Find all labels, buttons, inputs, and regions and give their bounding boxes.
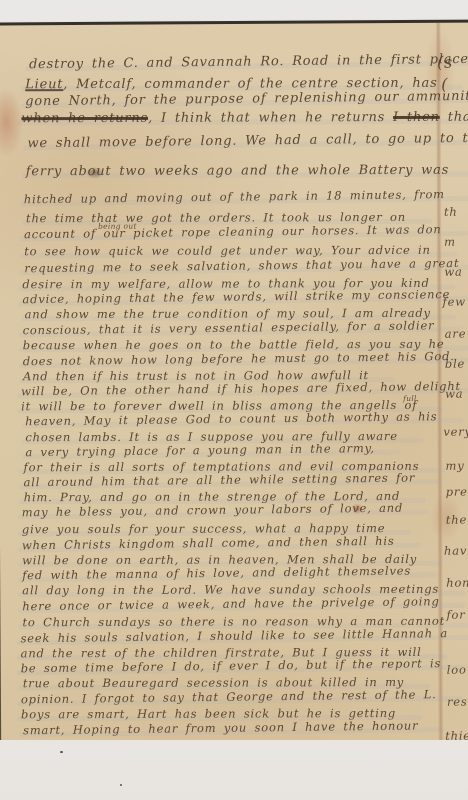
adjacent-column-fragment: are [445, 327, 467, 341]
adjacent-column-fragment: loo [447, 663, 467, 677]
adjacent-column-fragment: ( [441, 75, 448, 94]
adjacent-column-fragment: my [445, 459, 464, 473]
letter-scan: destroy the C. and Savannah Ro. Road in … [0, 0, 468, 800]
adjacent-column-fragment: few [442, 295, 465, 309]
adjacent-column-fragment: resi [447, 695, 468, 709]
dust-speck [120, 784, 122, 786]
adjacent-column-fragment: very [443, 425, 468, 439]
adjacent-column-fragment: th [444, 205, 458, 219]
adjacent-column-fragment: ble [445, 357, 465, 371]
letter-page: destroy the C. and Savannah Ro. Road in … [0, 20, 468, 744]
adjacent-column-fragment: hon [446, 576, 468, 590]
dust-speck [60, 751, 63, 753]
adjacent-column-fragment: m [444, 235, 456, 249]
adjacent-column-fragment: wa [445, 387, 463, 401]
adjacent-column-fragment: the [446, 513, 467, 527]
scanner-bed [0, 740, 468, 800]
adjacent-column-fragment: for [446, 608, 465, 622]
adjacent-column-fragment: (s [437, 53, 453, 72]
adjacent-column-fragment: hav [444, 544, 467, 558]
adjacent-column-fragment: pre [446, 485, 468, 499]
adjacent-column-fragment: wa [444, 265, 462, 279]
adjacent-column-fragments-layer: (s(thmwafewareblewaverymyprethehavhonfor… [0, 23, 468, 744]
